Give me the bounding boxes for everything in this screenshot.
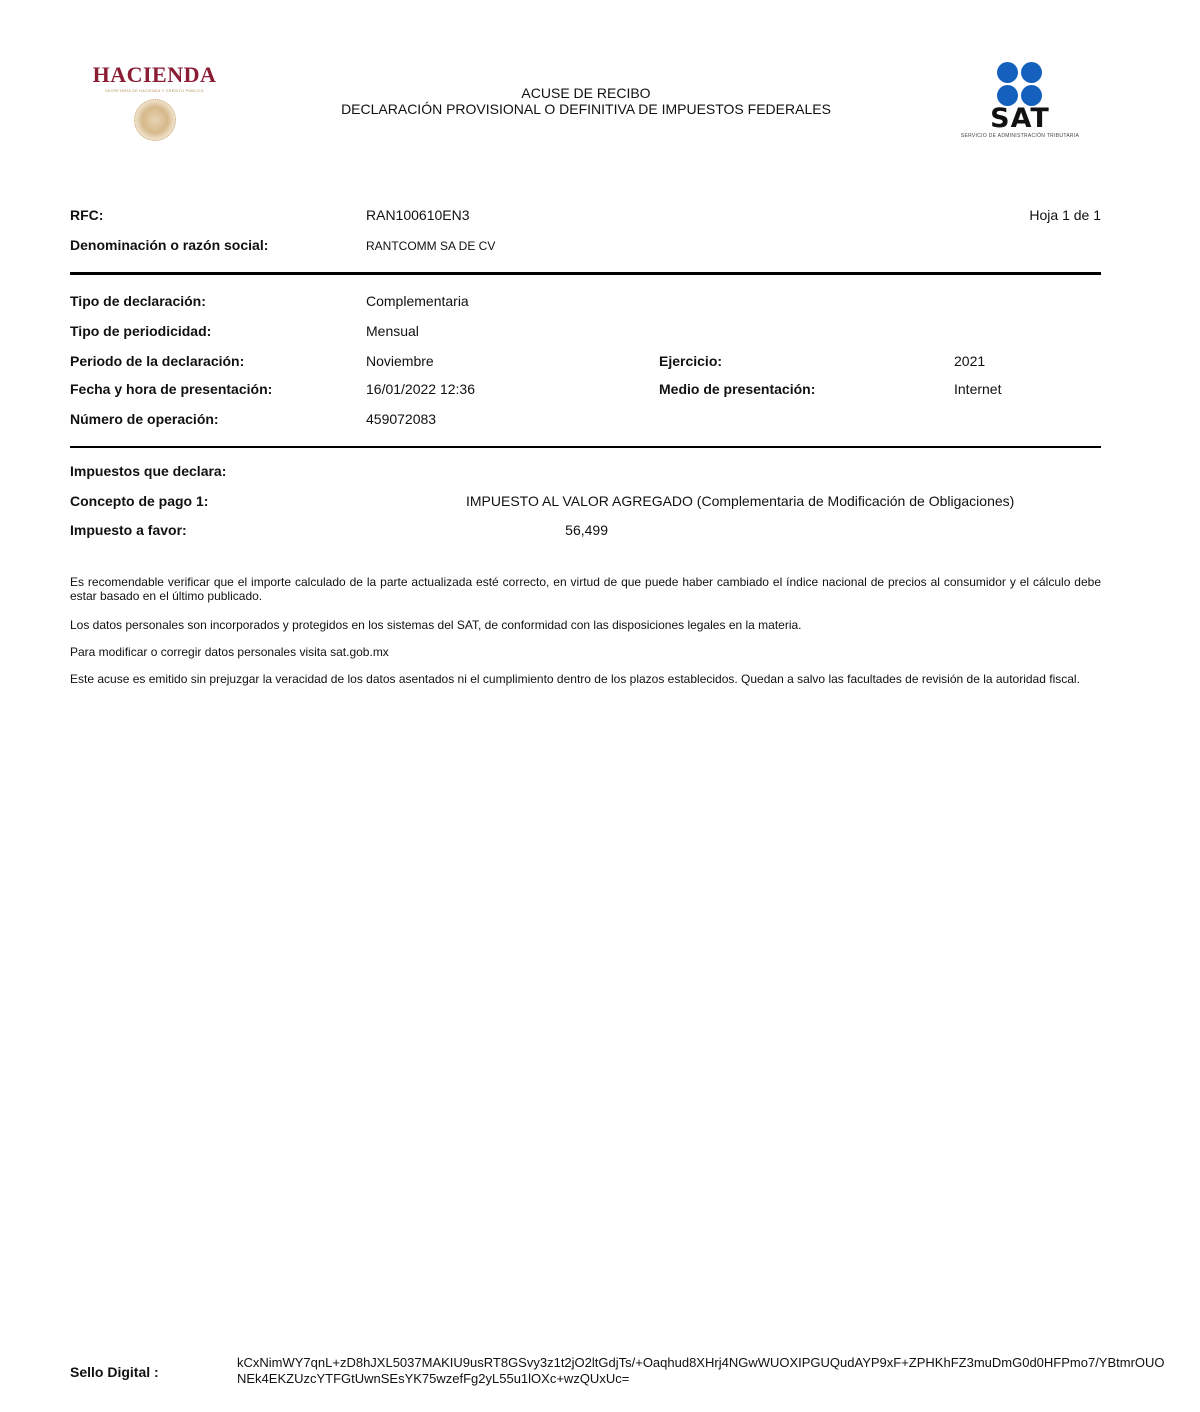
tax-in-favor-value: 56,499: [540, 522, 608, 538]
sat-dots-icon: [997, 62, 1043, 108]
sat-subtitle: SERVICIO DE ADMINISTRACIÓN TRIBUTARIA: [940, 133, 1100, 139]
note-personal-data: Los datos personales son incorporados y …: [70, 618, 1101, 632]
title-line-2: DECLARACIÓN PROVISIONAL O DEFINITIVA DE …: [300, 101, 872, 117]
period-value: Noviembre: [366, 353, 434, 369]
submission-datetime-value: 16/01/2022 12:36: [366, 381, 475, 397]
note-disclaimer: Este acuse es emitido sin prejuzgar la v…: [70, 672, 1101, 686]
section-divider: [70, 446, 1101, 448]
periodicity-label: Tipo de periodicidad:: [70, 323, 211, 339]
period-label: Periodo de la declaración:: [70, 353, 244, 369]
submission-datetime-label: Fecha y hora de presentación:: [70, 381, 272, 397]
payment-concept-label: Concepto de pago 1:: [70, 493, 208, 509]
sat-logo: SAT SERVICIO DE ADMINISTRACIÓN TRIBUTARI…: [940, 62, 1100, 147]
operation-number-label: Número de operación:: [70, 411, 219, 427]
digital-seal-value: kCxNimWY7qnL+zD8hJXL5037MAKIU9usRT8GSvy3…: [237, 1355, 1167, 1387]
submission-medium-label: Medio de presentación:: [659, 381, 815, 397]
fiscal-year-label: Ejercicio:: [659, 353, 722, 369]
taxes-heading: Impuestos que declara:: [70, 463, 226, 479]
national-seal-icon: [134, 99, 176, 141]
tax-in-favor-label: Impuesto a favor:: [70, 522, 187, 538]
payment-concept-value: IMPUESTO AL VALOR AGREGADO (Complementar…: [466, 493, 1014, 509]
declaration-type-label: Tipo de declaración:: [70, 293, 206, 309]
hacienda-subtitle: SECRETARÍA DE HACIENDA Y CRÉDITO PÚBLICO: [82, 89, 227, 93]
hacienda-logo: HACIENDA SECRETARÍA DE HACIENDA Y CRÉDIT…: [82, 62, 227, 147]
declaration-type-value: Complementaria: [366, 293, 469, 309]
rfc-label: RFC:: [70, 207, 103, 223]
document-title: ACUSE DE RECIBO DECLARACIÓN PROVISIONAL …: [300, 85, 872, 117]
digital-seal-label: Sello Digital :: [70, 1364, 159, 1380]
business-name-value: RANTCOMM SA DE CV: [366, 239, 495, 253]
sat-wordmark: SAT: [940, 107, 1100, 131]
rfc-value: RAN100610EN3: [366, 207, 470, 223]
periodicity-value: Mensual: [366, 323, 419, 339]
title-line-1: ACUSE DE RECIBO: [300, 85, 872, 101]
page-indicator: Hoja 1 de 1: [1020, 207, 1101, 223]
hacienda-wordmark: HACIENDA: [82, 62, 227, 88]
submission-medium-value: Internet: [954, 381, 1001, 397]
note-inpc: Es recomendable verificar que el importe…: [70, 575, 1101, 603]
note-modify-data: Para modificar o corregir datos personal…: [70, 645, 1101, 659]
business-name-label: Denominación o razón social:: [70, 237, 268, 253]
section-divider: [70, 272, 1101, 275]
fiscal-year-value: 2021: [954, 353, 985, 369]
operation-number-value: 459072083: [366, 411, 436, 427]
